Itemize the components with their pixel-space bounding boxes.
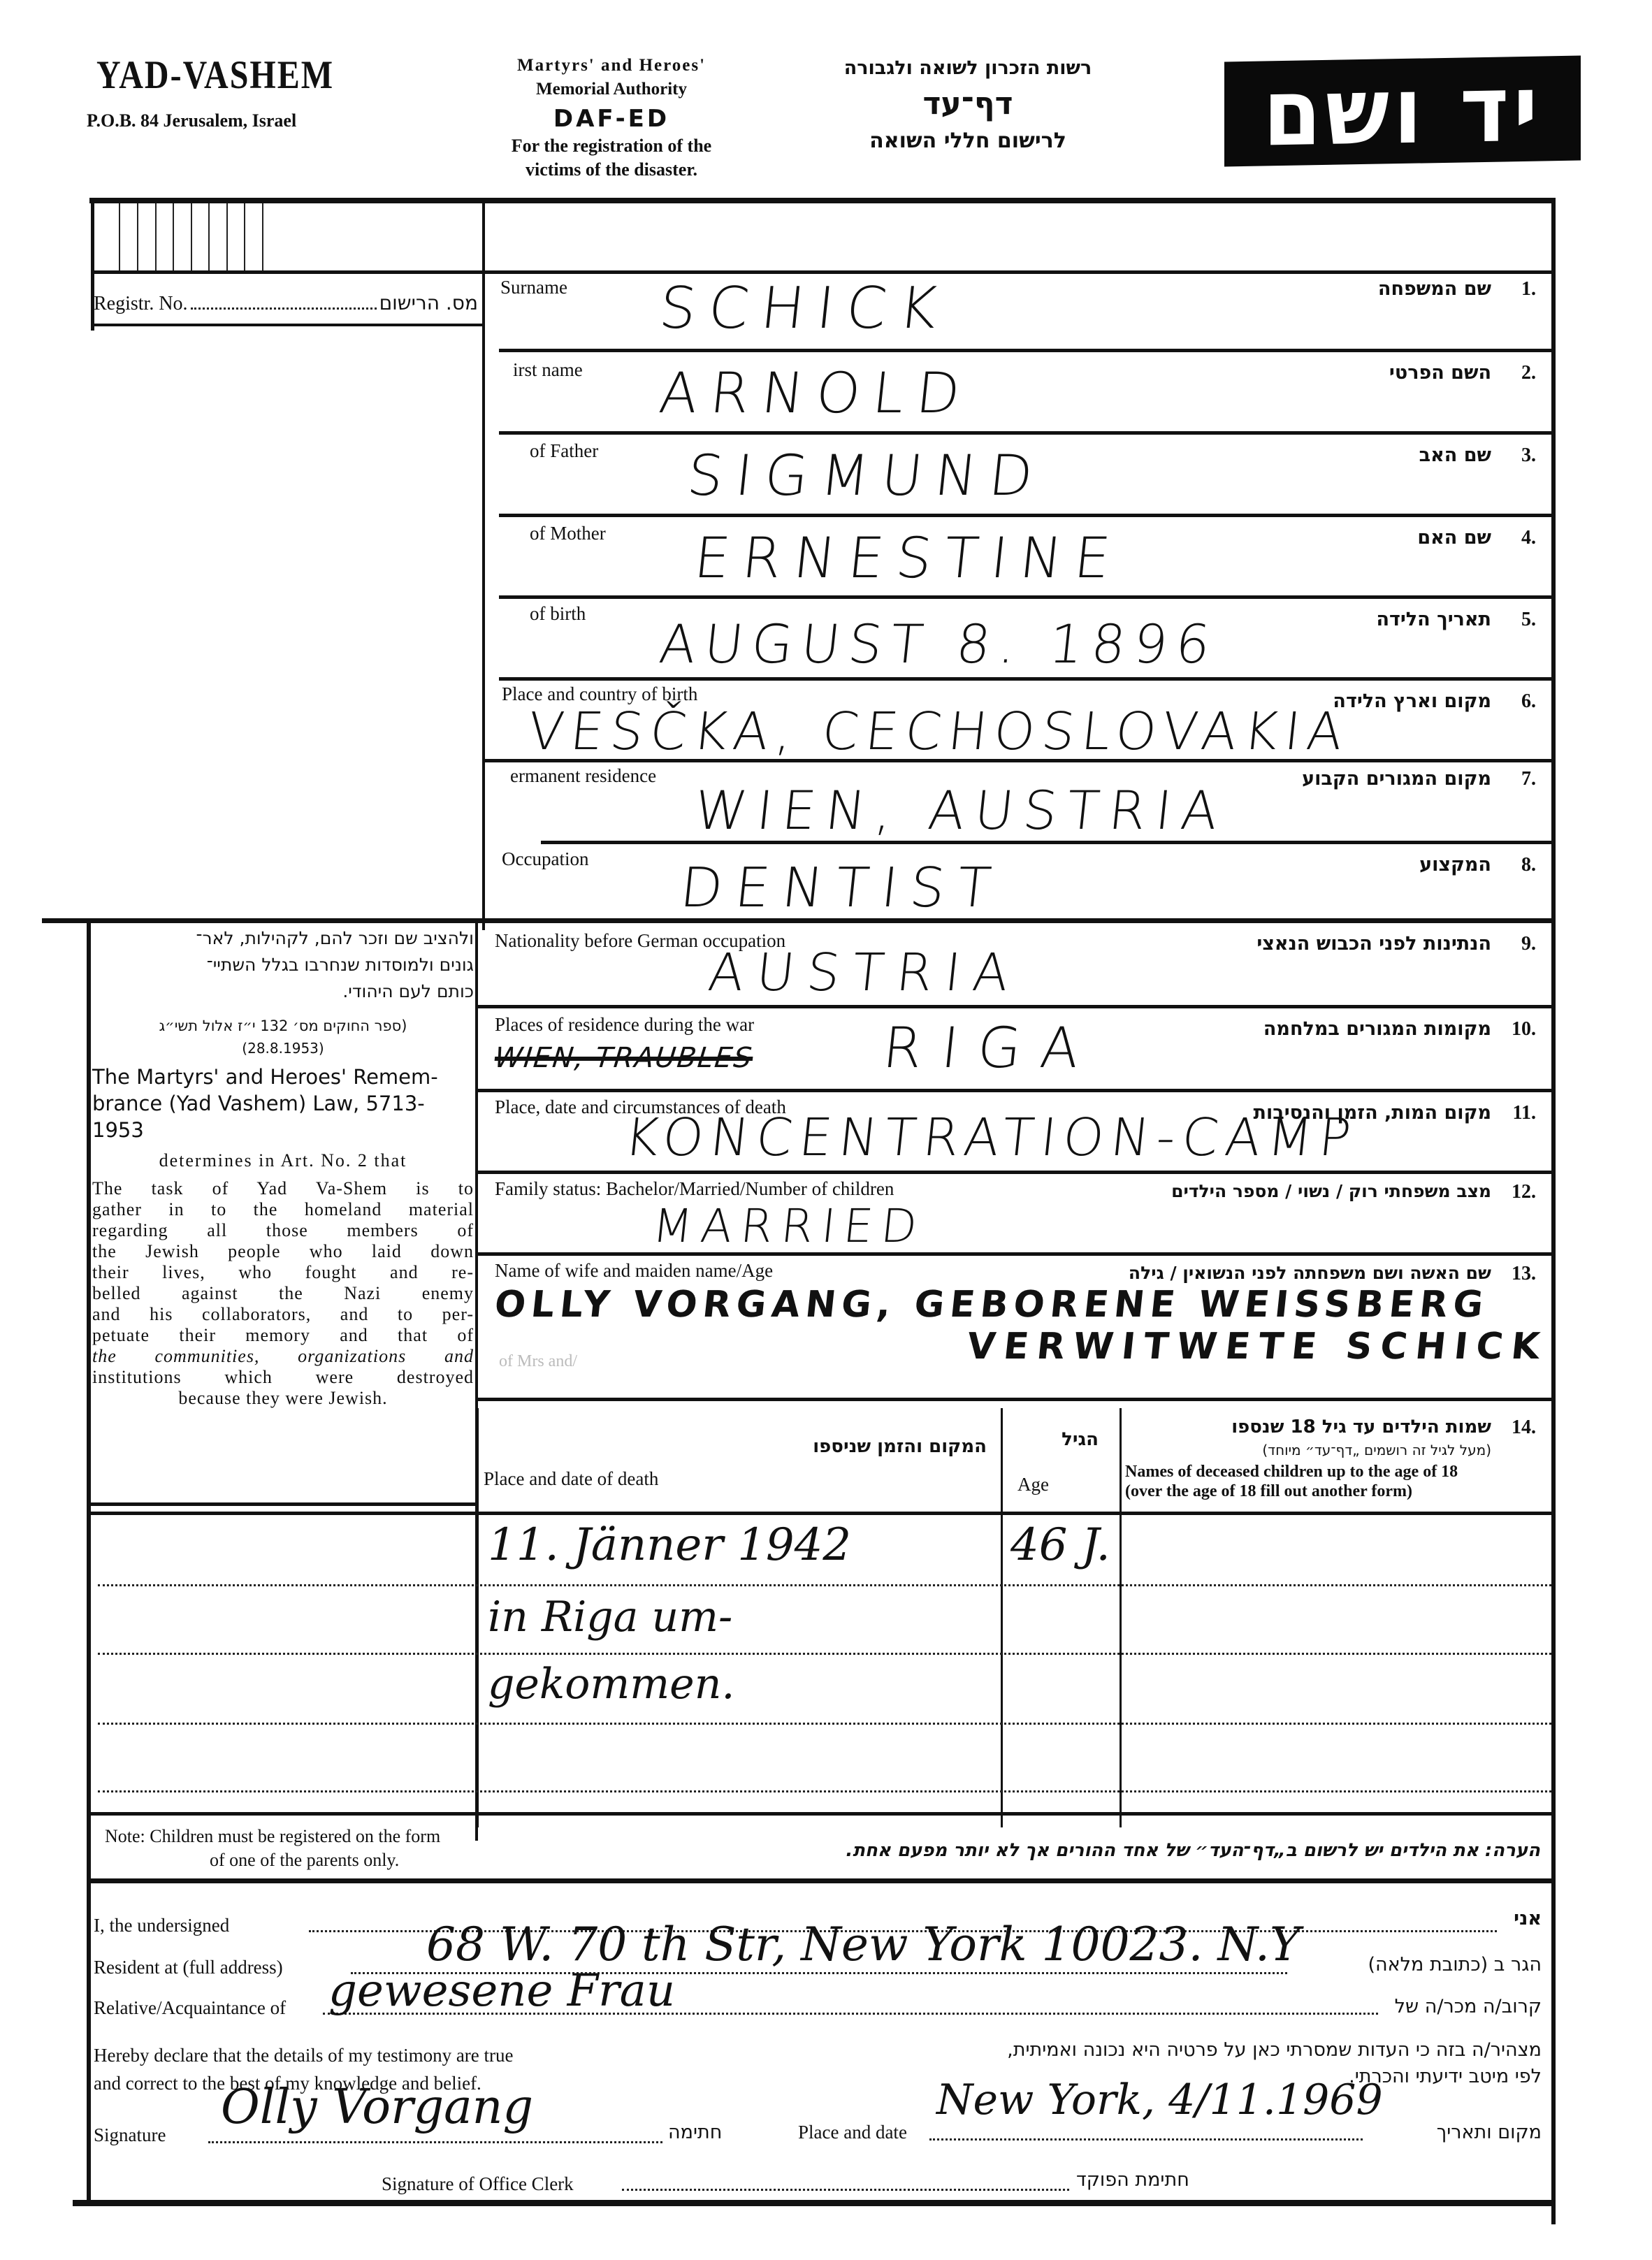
- col-age-heb: הגיל: [1062, 1429, 1099, 1450]
- field-label: of Mother: [530, 523, 606, 544]
- row-dotted-line: [98, 1653, 1551, 1655]
- note-divider: [91, 1878, 1551, 1883]
- heb-authority: רשות הזכרון לשואה ולגבורה: [804, 57, 1132, 79]
- field-value[interactable]: AUSTRIA: [705, 943, 1024, 1003]
- col-age-header: הגיל Age: [1003, 1401, 1120, 1506]
- field-heb-label: מקום המות, הזמן והנסיבות: [1254, 1102, 1491, 1124]
- law-task-line: institutions which were destroyed: [92, 1367, 474, 1388]
- reg-cell[interactable]: [120, 203, 138, 270]
- signature-label: Signature: [94, 2124, 166, 2146]
- field-number: 1.: [1521, 278, 1536, 300]
- field-number: 3.: [1521, 444, 1536, 467]
- field-2-first-name[interactable]: irst name ARNOLD השם הפרטי 2.: [485, 352, 1551, 431]
- col-age-label: Age: [1017, 1474, 1049, 1495]
- law-title-line: The Martyrs' and Heroes' Remem-: [92, 1064, 474, 1090]
- field-value[interactable]: KONCENTRATION-CAMP: [621, 1108, 1360, 1168]
- reg-cell[interactable]: [245, 203, 263, 270]
- field-heb-label: הנתינות לפני הכבוש הנאצי: [1256, 933, 1491, 955]
- field-value-line2[interactable]: VERWITWETE SCHICK: [965, 1326, 1550, 1368]
- law-task-line: their lives, who fought and re-: [92, 1262, 474, 1283]
- field-label: Places of residence during the war: [495, 1014, 754, 1036]
- field-value[interactable]: WIEN, AUSTRIA: [691, 779, 1231, 841]
- field-value[interactable]: AUGUST 8. 1896: [656, 613, 1221, 675]
- heb-form-name: דף־עד: [804, 86, 1132, 122]
- field-value[interactable]: VESČKA, CECHOSLOVAKIA: [525, 702, 1352, 762]
- field-value[interactable]: SIGMUND: [684, 443, 1048, 508]
- authority-line1: Martyrs' and Heroes': [447, 56, 776, 75]
- note-heb: הערה: את הילדים יש לרשום ב„דף־העד״ של אח…: [846, 1840, 1540, 1861]
- table-row[interactable]: gekommen.: [91, 1657, 1551, 1723]
- field-number: 7.: [1521, 768, 1536, 790]
- field-value[interactable]: DENTIST: [677, 857, 1006, 920]
- law-heb-line: ולהציב שם וזכר להם, לקהילות, לאר־: [92, 925, 474, 952]
- field-1-surname[interactable]: Surname SCHICK שם המשפחה 1.: [485, 268, 1551, 349]
- declare-line1: Hereby declare that the details of my te…: [94, 2045, 514, 2066]
- purpose-line2: victims of the disaster.: [447, 159, 776, 180]
- frame-right-border: [1551, 198, 1556, 2224]
- table-row[interactable]: [91, 1727, 1551, 1793]
- law-task-line: regarding all those members of: [92, 1220, 474, 1241]
- field-9-nationality[interactable]: Nationality before German occupation AUS…: [478, 923, 1551, 1005]
- org-name: YAD-VASHEM: [96, 52, 334, 99]
- reg-cell[interactable]: [174, 203, 192, 270]
- law-heb-citation: (ספר החוקים מס׳ 132 י״ז אלול תשי״ג: [92, 1017, 474, 1034]
- registration-number-cells[interactable]: [91, 203, 482, 270]
- registration-label-row: Registr. No. מס. הרישום: [94, 291, 478, 315]
- faint-sublabel: of Mrs and/: [499, 1352, 577, 1371]
- purpose-line1: For the registration of the: [447, 136, 776, 157]
- signature-value[interactable]: Olly Vorgang: [221, 2080, 533, 2135]
- relative-heb: קרוב/ה מכר/ה של: [1395, 1996, 1542, 2018]
- field-number: 10.: [1512, 1018, 1536, 1041]
- field-7-permanent-residence[interactable]: ermanent residence WIEN, AUSTRIA מקום המ…: [485, 762, 1551, 841]
- law-title-line: 1953: [92, 1117, 474, 1143]
- children-title: Names of deceased children up to the age…: [1125, 1463, 1458, 1482]
- reg-cell[interactable]: [228, 203, 245, 270]
- resident-heb: הגר ב (כתובת מלאה): [1368, 1954, 1542, 1976]
- field-heb-label: מקומות המגורים במלחמה: [1263, 1018, 1491, 1040]
- relative-label: Relative/Acquaintance of: [94, 1997, 286, 2019]
- law-task-line: the communities, organizations and: [92, 1346, 474, 1367]
- place-date-input-line: [929, 2138, 1363, 2141]
- note-text-line1: Note: Children must be registered on the…: [105, 1826, 440, 1847]
- registration-label: Registr. No.: [94, 293, 188, 315]
- children-table: המקום והזמן שניספו Place and date of dea…: [91, 1401, 1551, 1834]
- table-row[interactable]: 11. Jänner 1942 46 J.: [91, 1516, 1551, 1586]
- note-section: Note: Children must be registered on the…: [91, 1820, 1551, 1883]
- field-number: 12.: [1512, 1181, 1536, 1203]
- field-number: 6.: [1521, 690, 1536, 713]
- col-names-header: שמות הילדים עד גיל 18 שנספו 14. (מעל לגי…: [1122, 1401, 1551, 1506]
- resident-value[interactable]: 68 W. 70 th Str, New York 10023. N.Y: [426, 1918, 1300, 1971]
- row-dotted-line: [98, 1723, 1551, 1725]
- clerk-input[interactable]: [622, 2189, 1069, 2191]
- field-label: Name of wife and maiden name/Age: [495, 1260, 773, 1282]
- law-task-line: The task of Yad Va-Shem is to: [92, 1178, 474, 1199]
- col-place-label: Place and date of death: [484, 1468, 658, 1490]
- declaration-section: I, the undersigned אני Resident at (full…: [91, 1887, 1551, 2201]
- field-value[interactable]: RIGA: [880, 1015, 1102, 1080]
- field-number: 13.: [1512, 1263, 1536, 1285]
- signature-heb: חתימה: [668, 2122, 722, 2143]
- reg-bottom: [91, 324, 482, 326]
- field-label: Surname: [500, 277, 567, 298]
- org-address: P.O.B. 84 Jerusalem, Israel: [87, 110, 296, 131]
- law-heb-intro: ולהציב שם וזכר להם, לקהילות, לאר־ גונים …: [92, 925, 474, 1005]
- struck-value: WIEN, TRAUBLES: [493, 1042, 755, 1074]
- reg-cell[interactable]: [192, 203, 210, 270]
- field-heb-label: שם האשה ושם משפחתה לפני הנשואין / גילה: [1129, 1263, 1491, 1283]
- reg-cell[interactable]: [210, 203, 228, 270]
- children-heb-subtitle: (מעל לגיל זה רושמים „דף־עד״ מיוחד): [1262, 1442, 1491, 1458]
- frame-top-border: [89, 198, 1554, 203]
- field-heb-label: תאריך הלידה: [1376, 609, 1491, 630]
- clerk-label: Signature of Office Clerk: [382, 2173, 574, 2195]
- undersigned-label: I, the undersigned: [94, 1915, 229, 1936]
- declare-heb-line1: מצהיר/ה בזה כי העדות שמסרתי כאן על פרטיה…: [1007, 2039, 1542, 2061]
- row-age[interactable]: 46 J.: [1010, 1519, 1110, 1571]
- field-11-death-circumstances[interactable]: Place, date and circumstances of death K…: [478, 1092, 1551, 1171]
- law-task-line: the Jewish people who laid down: [92, 1241, 474, 1262]
- resident-label: Resident at (full address): [94, 1957, 283, 1978]
- field-label: of Father: [530, 440, 598, 462]
- field-number: 9.: [1521, 933, 1536, 955]
- children-heb-title: שמות הילדים עד גיל 18 שנספו: [1231, 1417, 1491, 1437]
- authority-line2: Memorial Authority: [447, 80, 776, 99]
- field-label: of birth: [530, 603, 586, 625]
- field-label: ermanent residence: [510, 765, 656, 787]
- law-box: ולהציב שם וזכר להם, לקהילות, לאר־ גונים …: [92, 925, 474, 1484]
- authority-block: Martyrs' and Heroes' Memorial Authority …: [447, 56, 776, 180]
- law-task-text: The task of Yad Va-Shem is to gather in …: [92, 1178, 474, 1409]
- field-12-family-status[interactable]: Family status: Bachelor/Married/Number o…: [478, 1174, 1551, 1252]
- reg-cell[interactable]: [138, 203, 157, 270]
- field-6-place-of-birth[interactable]: Place and country of birth VESČKA, CECHO…: [485, 681, 1551, 759]
- field-label: Occupation: [502, 848, 588, 870]
- law-citation-date: (28.8.1953): [92, 1040, 474, 1057]
- field-5-date-of-birth[interactable]: of birth AUGUST 8. 1896 תאריך הלידה 5.: [485, 599, 1551, 677]
- field-value-line1[interactable]: OLLY VORGANG, GEBORENE WEISSBERG: [493, 1284, 1491, 1326]
- law-task-line: petuate their memory and that of: [92, 1325, 474, 1346]
- row-place-date[interactable]: 11. Jänner 1942: [488, 1519, 851, 1571]
- place-date-label: Place and date: [798, 2122, 907, 2143]
- law-task-line: and his collaborators, and to per-: [92, 1304, 474, 1325]
- yad-vashem-logo: יד ושם: [1224, 56, 1581, 167]
- field-8-occupation[interactable]: Occupation DENTIST המקצוע 8.: [485, 844, 1551, 922]
- field-heb-label: שם האב: [1419, 444, 1491, 466]
- heb-authority-block: רשות הזכרון לשואה ולגבורה דף־עד לרישום ח…: [804, 57, 1132, 153]
- field-3-father-name[interactable]: of Father SIGMUND שם האב 3.: [485, 435, 1551, 514]
- field-heb-label: שם המשפחה: [1378, 278, 1491, 300]
- clerk-heb: חתימת הפוקד: [1076, 2169, 1189, 2191]
- field-number: 4.: [1521, 527, 1536, 549]
- field-value[interactable]: ARNOLD: [656, 361, 976, 426]
- children-subtitle: (over the age of 18 fill out another for…: [1125, 1482, 1412, 1501]
- field-value[interactable]: ERNESTINE: [691, 526, 1126, 591]
- logo-text: יד ושם: [1263, 55, 1542, 167]
- field-4-mother-name[interactable]: of Mother ERNESTINE שם האם 4.: [485, 517, 1551, 595]
- table-bottom: [91, 1812, 1551, 1816]
- field-heb-label: המקצוע: [1419, 854, 1491, 876]
- field-heb-label: השם הפרטי: [1389, 362, 1491, 384]
- row-place-date[interactable]: in Riga um-: [488, 1593, 732, 1642]
- row-dotted-line: [98, 1790, 1551, 1792]
- field-label: irst name: [513, 359, 583, 381]
- place-date-heb: מקום ותאריך: [1437, 2122, 1542, 2143]
- field-number: 11.: [1513, 1102, 1536, 1124]
- signature-input-line: [208, 2141, 662, 2143]
- field-heb-label: מקום המגורים הקבוע: [1302, 768, 1491, 790]
- form-name: DAF-ED: [447, 105, 776, 133]
- law-heb-line: גונים ולמוסדות שנחרבו בגלל השתיי־: [92, 952, 474, 978]
- law-heb-line: כותם לעם היהודי.: [92, 978, 474, 1005]
- law-title-line: brance (Yad Vashem) Law, 5713-: [92, 1090, 474, 1117]
- field-heb-label: מצב משפחתי רוק / נשוי / מספר הילדים: [1171, 1181, 1491, 1201]
- law-task-line: belled against the Nazi enemy: [92, 1283, 474, 1304]
- field-number: 5.: [1521, 609, 1536, 631]
- registration-heb-label: מס. הרישום: [379, 291, 478, 314]
- place-date-value[interactable]: New York, 4/11.1969: [936, 2076, 1383, 2124]
- law-title: The Martyrs' and Heroes' Remem- brance (…: [92, 1064, 474, 1143]
- field-10-war-residence[interactable]: Places of residence during the war WIEN,…: [478, 1008, 1551, 1089]
- header: YAD-VASHEM P.O.B. 84 Jerusalem, Israel M…: [0, 0, 1652, 196]
- col-place-heb: המקום והזמן שניספו: [813, 1436, 987, 1457]
- table-row[interactable]: in Riga um-: [91, 1588, 1551, 1655]
- law-task-line: gather in to the homeland material: [92, 1199, 474, 1220]
- field-heb-label: שם האם: [1417, 527, 1491, 549]
- reg-cell[interactable]: [91, 203, 120, 270]
- col-place-header: המקום והזמן שניספו Place and date of dea…: [478, 1401, 1001, 1506]
- registration-box: Registr. No. מס. הרישום: [91, 203, 482, 329]
- field-heb-label: מקום וארץ הלידה: [1333, 690, 1491, 712]
- row-place-date[interactable]: gekommen.: [488, 1660, 734, 1709]
- heb-purpose: לרישום חללי השואה: [804, 129, 1132, 153]
- law-box-top: [42, 918, 1551, 923]
- field-number: 2.: [1521, 362, 1536, 384]
- children-number: 14.: [1512, 1417, 1536, 1439]
- note-text-line2: of one of the parents only.: [210, 1850, 399, 1871]
- field-value[interactable]: MARRIED: [650, 1199, 928, 1253]
- undersigned-heb: אני: [1514, 1908, 1542, 1929]
- reg-cell[interactable]: [157, 203, 174, 270]
- law-determines: determines in Art. No. 2 that: [92, 1150, 474, 1171]
- header-divider: [91, 1512, 1551, 1515]
- field-value[interactable]: SCHICK: [656, 275, 952, 342]
- field-13-wife-name[interactable]: Name of wife and maiden name/Age OLLY VO…: [478, 1256, 1551, 1396]
- field-number: 8.: [1521, 854, 1536, 876]
- relative-value[interactable]: gewesene Frau: [328, 1965, 675, 2017]
- registration-input[interactable]: [191, 294, 377, 310]
- row-dotted-line: [98, 1584, 1551, 1586]
- field-label: Family status: Bachelor/Married/Number o…: [495, 1178, 894, 1200]
